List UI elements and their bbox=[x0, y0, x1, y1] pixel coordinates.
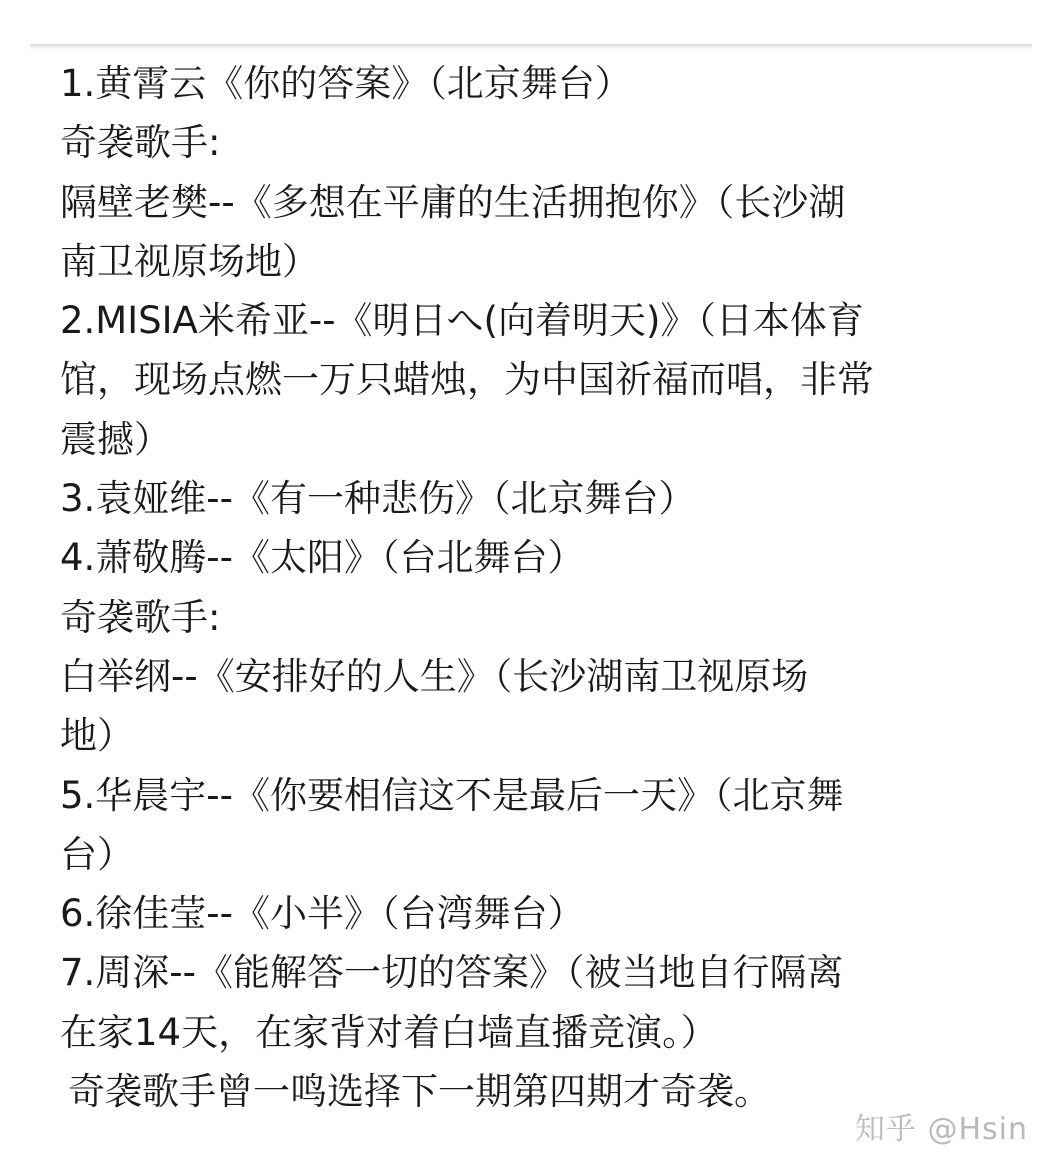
list-item-6-xu-jiaying: 6.徐佳莹--《小半》（台湾舞台） bbox=[60, 884, 990, 943]
surprise-singer-geblaofan-line1: 隔壁老樊--《多想在平庸的生活拥抱你》（长沙湖 bbox=[60, 173, 990, 232]
list-item-7-zhou-shen-line1: 7.周深--《能解答一切的答案》（被当地自行隔离 bbox=[60, 943, 990, 1002]
closing-note: 奇袭歌手曾一鸣选择下一期第四期才奇袭。 bbox=[60, 1062, 990, 1121]
surprise-singer-label-2: 奇袭歌手: bbox=[60, 588, 990, 647]
list-item-3-yuan-yawei: 3.袁娅维--《有一种悲伤》（北京舞台） bbox=[60, 469, 990, 528]
list-item-2-misia-line3: 震撼） bbox=[60, 410, 990, 469]
list-item-2-misia-line2: 馆，现场点燃一万只蜡烛，为中国祈福而唱，非常 bbox=[60, 350, 990, 409]
surprise-singer-geblaofan-line2: 南卫视原场地） bbox=[60, 232, 990, 291]
surprise-singer-bai-jugang-line2: 地） bbox=[60, 706, 990, 765]
list-item-1-huang-xiaoyun: 1.黄霄云《你的答案》（北京舞台） bbox=[60, 54, 990, 113]
article-body: 1.黄霄云《你的答案》（北京舞台） 奇袭歌手: 隔壁老樊--《多想在平庸的生活拥… bbox=[60, 54, 990, 1121]
zhihu-watermark: 知乎 @Hsin bbox=[855, 1104, 1028, 1148]
list-item-5-hua-chenyu-line2: 台） bbox=[60, 825, 990, 884]
top-divider-shadow bbox=[30, 44, 1032, 50]
list-item-4-xiao-jingteng: 4.萧敬腾--《太阳》（台北舞台） bbox=[60, 528, 990, 587]
list-item-2-misia-line1: 2.MISIA米希亚--《明日へ(向着明天)》（日本体育 bbox=[60, 291, 990, 350]
list-item-7-zhou-shen-line2: 在家14天，在家背对着白墙直播竞演。） bbox=[60, 1003, 990, 1062]
list-item-5-hua-chenyu-line1: 5.华晨宇--《你要相信这不是最后一天》（北京舞 bbox=[60, 766, 990, 825]
surprise-singer-label-1: 奇袭歌手: bbox=[60, 113, 990, 172]
surprise-singer-bai-jugang-line1: 白举纲--《安排好的人生》（长沙湖南卫视原场 bbox=[60, 647, 990, 706]
